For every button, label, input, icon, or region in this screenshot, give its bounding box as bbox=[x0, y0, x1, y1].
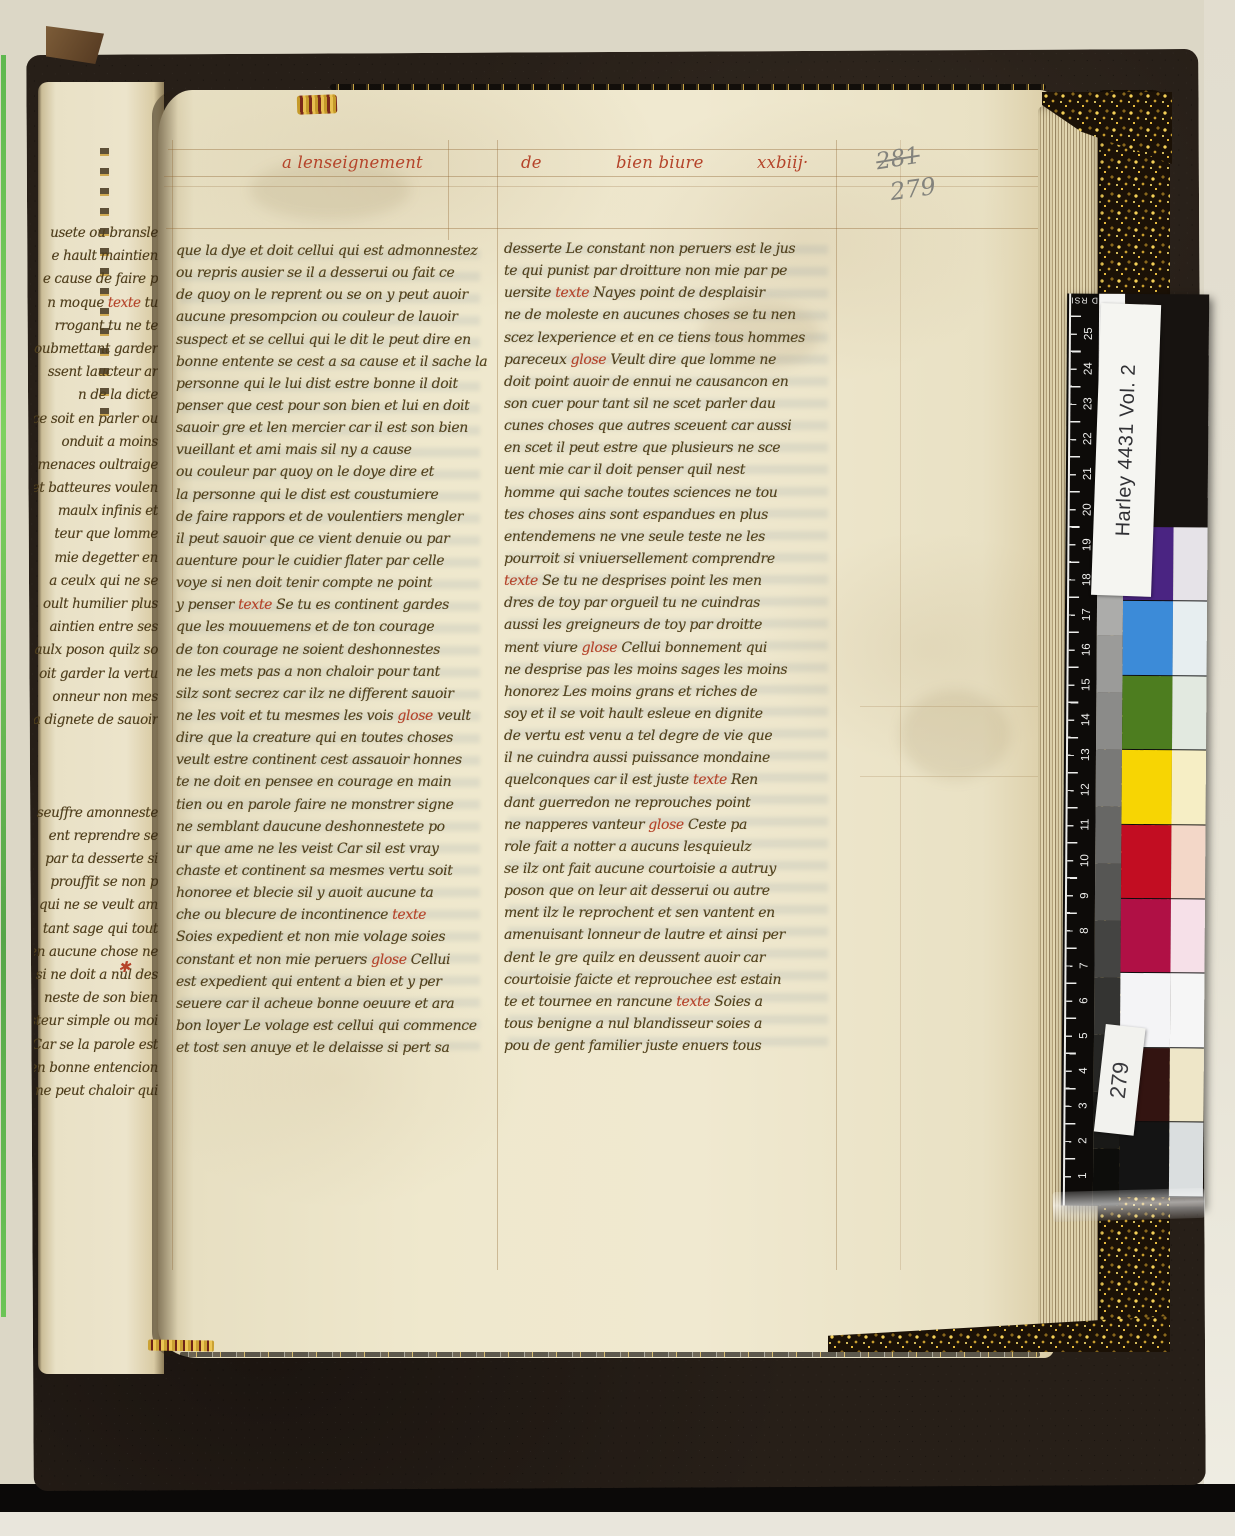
grayscale-step bbox=[1095, 864, 1121, 921]
rubric-word: texte bbox=[504, 573, 538, 589]
manuscript-line: en scet il peut estre que plusieurs ne s… bbox=[504, 437, 834, 459]
ruling-line bbox=[860, 776, 1044, 777]
tape-glare bbox=[1052, 1188, 1205, 1222]
manuscript-line: qui ne se veult am bbox=[34, 894, 158, 917]
manuscript-line: il ne cuindra aussi puissance mondaine bbox=[504, 747, 834, 769]
manuscript-line: de vertu est venu a tel degre de vie que bbox=[504, 725, 834, 747]
ruling-line-vertical bbox=[172, 140, 173, 1270]
manuscript-line: e si ne doit a nul des bbox=[34, 964, 158, 987]
manuscript-line: tien ou en parole faire ne monstrer sign… bbox=[176, 794, 488, 816]
rubric-word: texte bbox=[392, 907, 426, 923]
pale-patch-column bbox=[1169, 527, 1208, 1206]
ruler-number: 12 bbox=[1080, 781, 1092, 799]
manuscript-line: bon loyer Le volage est cellui qui comme… bbox=[176, 1015, 488, 1037]
manuscript-line: de ton courage ne soient deshonnestes bbox=[176, 639, 488, 661]
ruler-number: 20 bbox=[1082, 500, 1094, 518]
manuscript-line: ou couleur par quoy on le doye dire et bbox=[176, 461, 488, 483]
manuscript-line: nen aucune chose ne bbox=[34, 941, 158, 964]
manuscript-line: maulx infinis et bbox=[34, 500, 158, 523]
running-header-word-2: de bbox=[521, 153, 542, 172]
ruler-number: 5 bbox=[1078, 1027, 1090, 1045]
rubric-word: glose bbox=[571, 352, 607, 368]
ruler-number: 10 bbox=[1079, 851, 1091, 869]
text-column-left: que la dye et doit cellui qui est admonn… bbox=[176, 240, 488, 1059]
ruler-number: 1 bbox=[1077, 1167, 1089, 1185]
ruling-line-vertical bbox=[497, 140, 498, 1270]
manuscript-line: silz sont secrez car ilz ne different sa… bbox=[176, 683, 488, 705]
manuscript-line: seuere car il acheue bonne oeuure et ara bbox=[176, 993, 488, 1015]
manuscript-line: uent mie car il doit penser quil nest bbox=[504, 459, 834, 481]
manuscript-line: ment ilz le reprochent et sen vantent en bbox=[504, 902, 834, 924]
manuscript-line: y penser texte Se tu es continent gardes bbox=[176, 594, 488, 616]
manuscript-line: dent le gre quilz en deussent auoir car bbox=[504, 947, 834, 969]
manuscript-line: esteur simple ou moi bbox=[34, 1010, 158, 1033]
facing-page-text-column: usete ou branslee hault maintiene cause … bbox=[34, 222, 160, 1342]
manuscript-line: entendemens ne vne seule teste ne les bbox=[504, 526, 834, 548]
tailband bbox=[148, 1339, 214, 1351]
manuscript-line: oubmettant garder bbox=[34, 338, 158, 361]
photograph-of-manuscript: usete ou branslee hault maintiene cause … bbox=[0, 0, 1235, 1536]
grayscale-step bbox=[1096, 636, 1122, 693]
ruler-number: 25 bbox=[1083, 325, 1095, 343]
manuscript-line: et tost sen anuye et le delaisse si pert… bbox=[176, 1037, 488, 1059]
manuscript-line: quelconques car il est juste texte Ren bbox=[504, 769, 834, 791]
manuscript-line: onneur non mes bbox=[34, 686, 158, 709]
manuscript-line: constant et non mie peruers glose Cellui bbox=[176, 949, 488, 971]
text-column-right: desserte Le constant non peruers est le … bbox=[504, 238, 834, 1057]
rubric-word: texte bbox=[676, 994, 710, 1010]
headband bbox=[297, 94, 338, 114]
pale-patch-white bbox=[1170, 974, 1205, 1049]
gutter-shadow bbox=[152, 90, 178, 1358]
manuscript-line bbox=[34, 779, 158, 802]
manuscript-line: ne desprise pas les moins sages les moin… bbox=[504, 659, 834, 681]
rubric-word: texte bbox=[238, 597, 272, 613]
manuscript-line: tant sage qui tout bbox=[34, 918, 158, 941]
manuscript-line: oit garder la vertu bbox=[34, 663, 158, 686]
manuscript-line: ne les mets pas a non chaloir pour tant bbox=[176, 661, 488, 683]
manuscript-line bbox=[34, 755, 158, 778]
ruler-number: 24 bbox=[1083, 360, 1095, 378]
grayscale-step bbox=[1096, 693, 1122, 750]
pale-patch-purple bbox=[1173, 527, 1208, 602]
manuscript-line: veult estre continent cest assauoir honn… bbox=[176, 749, 488, 771]
manuscript-line: courtoisie faicte et reprouchee est esta… bbox=[504, 969, 834, 991]
ruler-number: 2 bbox=[1077, 1132, 1089, 1150]
manuscript-line: que les mouuemens et de ton courage bbox=[176, 616, 488, 638]
mount-frame-bottom bbox=[0, 1512, 1235, 1536]
manuscript-line: et batteures voulen bbox=[34, 477, 158, 500]
color-patch-blue bbox=[1123, 601, 1174, 676]
manuscript-line: ur que ame ne les veist Car sil est vray bbox=[176, 838, 488, 860]
manuscript-line: t ne peut chaloir qui bbox=[34, 1080, 158, 1103]
manuscript-line: son cuer pour tant sil ne scet parler da… bbox=[504, 393, 834, 415]
manuscript-line: ne les voit et tu mesmes les vois glose … bbox=[176, 705, 488, 727]
manuscript-line: mie degetter en bbox=[34, 547, 158, 570]
manuscript-line: ece soit en parler ou bbox=[34, 408, 158, 431]
manuscript-line: teur que lomme bbox=[34, 523, 158, 546]
ruling-line bbox=[860, 706, 1044, 707]
ruler-number: 23 bbox=[1082, 395, 1094, 413]
manuscript-line: homme qui sache toutes sciences ne tou bbox=[504, 482, 834, 504]
manuscript-line: rrogant tu ne te bbox=[34, 315, 158, 338]
color-patch-red bbox=[1121, 824, 1172, 899]
manuscript-line: dire que la creature qui en toutes chose… bbox=[176, 727, 488, 749]
manuscript-line: n de la dicte bbox=[34, 384, 158, 407]
ruling-line bbox=[166, 228, 1044, 229]
manuscript-line: te qui punist par droitture non mie par … bbox=[504, 260, 834, 282]
manuscript-line: ssent laucteur ar bbox=[34, 361, 158, 384]
parchment-stain bbox=[900, 690, 1010, 780]
manuscript-line: honorez Les moins grans et riches de bbox=[504, 681, 834, 703]
manuscript-line: aintien entre ses bbox=[34, 616, 158, 639]
ruler-number: 15 bbox=[1080, 676, 1092, 694]
manuscript-line: se ilz ont fait aucune courtoisie a autr… bbox=[504, 858, 834, 880]
ruler-number: 8 bbox=[1079, 921, 1091, 939]
manuscript-line: il peut sauoir que ce vient denuie ou pa… bbox=[176, 528, 488, 550]
rubric-word: glose bbox=[648, 817, 684, 833]
manuscript-line: aulx poson quilz so bbox=[34, 639, 158, 662]
manuscript-line: la personne qui le dist est coustumiere bbox=[176, 484, 488, 506]
manuscript-line: e hault maintien bbox=[34, 245, 158, 268]
manuscript-line: bonne entente se cest a sa cause et il s… bbox=[176, 351, 488, 373]
ruling-line-vertical bbox=[900, 140, 901, 1270]
rubric-word: texte bbox=[108, 295, 141, 311]
manuscript-line: a menaces oultraige bbox=[34, 454, 158, 477]
manuscript-line: a dignete de sauoir bbox=[34, 709, 158, 732]
manuscript-line: n en bonne entencion bbox=[34, 1057, 158, 1080]
ruler-number: 21 bbox=[1082, 465, 1094, 483]
ruler-number: 6 bbox=[1078, 992, 1090, 1010]
ruler-number: 11 bbox=[1079, 816, 1091, 834]
folio-number-text: 279 bbox=[1105, 1060, 1135, 1099]
manuscript-line: scez lexperience et en ce tiens tous hom… bbox=[504, 327, 834, 349]
manuscript-line: ne napperes vanteur glose Ceste pa bbox=[504, 814, 834, 836]
ruler-number: 4 bbox=[1078, 1062, 1090, 1080]
ruler-number: 7 bbox=[1078, 956, 1090, 974]
grayscale-step bbox=[1095, 807, 1121, 864]
manuscript-line: suspect et se cellui qui le dit le peut … bbox=[176, 329, 488, 351]
gilded-text-block-top-edge bbox=[330, 84, 1046, 90]
rubric-word: glose bbox=[397, 708, 433, 724]
manuscript-line: desserte Le constant non peruers est le … bbox=[504, 238, 834, 260]
gilded-text-block-bottom-edge bbox=[180, 1352, 1040, 1357]
color-patch-green bbox=[1122, 676, 1173, 751]
manuscript-line: penser que cest pour son bien et lui en … bbox=[176, 395, 488, 417]
manuscript-line: que la dye et doit cellui qui est admonn… bbox=[176, 240, 488, 262]
manuscript-line: honoree et blecie sil y auoit aucune ta bbox=[176, 882, 488, 904]
manuscript-line: tes choses ains sont espandues en plus bbox=[504, 504, 834, 526]
manuscript-line: ne semblant daucune deshonnestete po bbox=[176, 816, 488, 838]
manuscript-line: onduit a moins bbox=[34, 431, 158, 454]
ruler-number: 16 bbox=[1081, 641, 1093, 659]
rubric-word: glose bbox=[582, 640, 618, 656]
manuscript-line: aussi les greigneurs de toy par droitte bbox=[504, 614, 834, 636]
color-patch-yellow bbox=[1121, 750, 1172, 825]
manuscript-line: a ceulx qui ne se bbox=[34, 570, 158, 593]
pale-patch-yellow bbox=[1171, 750, 1206, 825]
manuscript-line: Soies expedient et non mie volage soies bbox=[176, 926, 488, 948]
manuscript-line: est expedient qui entent a bien et y per bbox=[176, 971, 488, 993]
manuscript-line: auenture pour le cuidier flater par cell… bbox=[176, 550, 488, 572]
manuscript-line: texte Se tu ne desprises point les men bbox=[504, 570, 834, 592]
manuscript-line: uersite texte Nayes point de desplaisir bbox=[504, 282, 834, 304]
ruler-number: 3 bbox=[1077, 1097, 1089, 1115]
manuscript-line: ment viure glose Cellui bonnement qui bbox=[504, 637, 834, 659]
grayscale-step bbox=[1094, 921, 1120, 978]
manuscript-line: tous benigne a nul blandisseur soies a bbox=[504, 1013, 834, 1035]
manuscript-line: neste de son bien bbox=[34, 987, 158, 1010]
mount-frame-right bbox=[1204, 0, 1235, 1536]
manuscript-line: e cause de faire p bbox=[34, 268, 158, 291]
manuscript-line: che ou blecure de incontinence texte bbox=[176, 904, 488, 926]
ruler-number: 9 bbox=[1079, 886, 1091, 904]
pale-patch-brown bbox=[1169, 1048, 1204, 1123]
pale-patch-black bbox=[1169, 1122, 1204, 1197]
manuscript-line: oult humilier plus bbox=[34, 593, 158, 616]
manuscript-line: role fait a notter a aucuns lesquieulz bbox=[504, 836, 834, 858]
paragraph-mark: ✱ bbox=[118, 958, 131, 976]
manuscript-line: par ta desserte si bbox=[34, 848, 158, 871]
rubric-word: glose bbox=[371, 952, 407, 968]
manuscript-line: aucune presompcion ou couleur de lauoir bbox=[176, 306, 488, 328]
color-patch-crimson bbox=[1120, 899, 1171, 974]
manuscript-line: cunes choses que autres sceuent car auss… bbox=[504, 415, 834, 437]
manuscript-line: poson que on leur ait desserui ou autre bbox=[504, 880, 834, 902]
manuscript-line: n moque texte tu bbox=[34, 292, 158, 315]
manuscript-line: te ne doit en pensee en courage en main bbox=[176, 771, 488, 793]
manuscript-line: de faire rappors et de voulentiers mengl… bbox=[176, 506, 488, 528]
manuscript-line: Car se la parole est bbox=[34, 1034, 158, 1057]
manuscript-line: vueillant et ami mais sil ny a cause bbox=[176, 439, 488, 461]
manuscript-line: soy et il se voit hault esleue en dignit… bbox=[504, 703, 834, 725]
ruling-line-vertical bbox=[448, 140, 449, 240]
manuscript-line: personne qui le lui dist estre bonne il … bbox=[176, 373, 488, 395]
pale-patch-green bbox=[1172, 676, 1207, 751]
running-header-word-3: bien biure bbox=[616, 153, 704, 172]
manuscript-line: prouffit se non p bbox=[34, 871, 158, 894]
ruler-number: 13 bbox=[1080, 746, 1092, 764]
manuscript-line: de quoy on le reprent ou se on y peut au… bbox=[176, 284, 488, 306]
manuscript-line: voye si nen doit tenir compte ne point bbox=[176, 572, 488, 594]
manuscript-line: ou repris ausier se il a desserui ou fai… bbox=[176, 262, 488, 284]
ruling-line-vertical bbox=[836, 140, 837, 1270]
manuscript-line: sauoir gre et len mercier car il est son… bbox=[176, 417, 488, 439]
color-calibration-bar: D RSI 2524232221201918171615141312111098… bbox=[1061, 294, 1209, 1207]
manuscript-line: pourroit si vniuersellement comprendre bbox=[504, 548, 834, 570]
manuscript-line: dant guerredon ne reprouches point bbox=[504, 792, 834, 814]
pale-patch-red bbox=[1171, 825, 1206, 900]
running-header-chapter-numeral: xxbiij· bbox=[757, 153, 809, 172]
grayscale-step bbox=[1096, 750, 1122, 807]
manuscript-line: chaste et continent sa mesmes vertu soit bbox=[176, 860, 488, 882]
running-header-word-1: a lenseignement bbox=[282, 153, 423, 172]
rubric-word: texte bbox=[693, 772, 727, 788]
scan-edge-artifact bbox=[1, 55, 6, 1317]
shelfmark-label: Harley 4431 Vol. 2 bbox=[1091, 303, 1161, 597]
shelfmark-text: Harley 4431 Vol. 2 bbox=[1112, 363, 1141, 536]
manuscript-line bbox=[34, 732, 158, 755]
pale-patch-crimson bbox=[1170, 899, 1205, 974]
ruler-number: 22 bbox=[1082, 430, 1094, 448]
rubric-word: texte bbox=[555, 285, 589, 301]
manuscript-line: amenuisant lonneur de lautre et ainsi pe… bbox=[504, 924, 834, 946]
manuscript-line: dres de toy par orgueil tu ne cuindras bbox=[504, 592, 834, 614]
manuscript-line: seuffre amonneste bbox=[34, 802, 158, 825]
manuscript-line: usete ou bransle bbox=[34, 222, 158, 245]
manuscript-line: te et tournee en rancune texte Soies a bbox=[504, 991, 834, 1013]
ruler-number: 17 bbox=[1081, 605, 1093, 623]
manuscript-line: ne de moleste en aucunes choses se tu ne… bbox=[504, 304, 834, 326]
manuscript-line: doit point auoir de ennui ne causancon e… bbox=[504, 371, 834, 393]
ruler-number: 14 bbox=[1080, 711, 1092, 729]
manuscript-line: ent reprendre se bbox=[34, 825, 158, 848]
manuscript-line: pareceux glose Veult dire que lomme ne bbox=[504, 349, 834, 371]
manuscript-line: pou de gent familier juste enuers tous bbox=[504, 1035, 834, 1057]
pale-patch-blue bbox=[1173, 602, 1208, 677]
